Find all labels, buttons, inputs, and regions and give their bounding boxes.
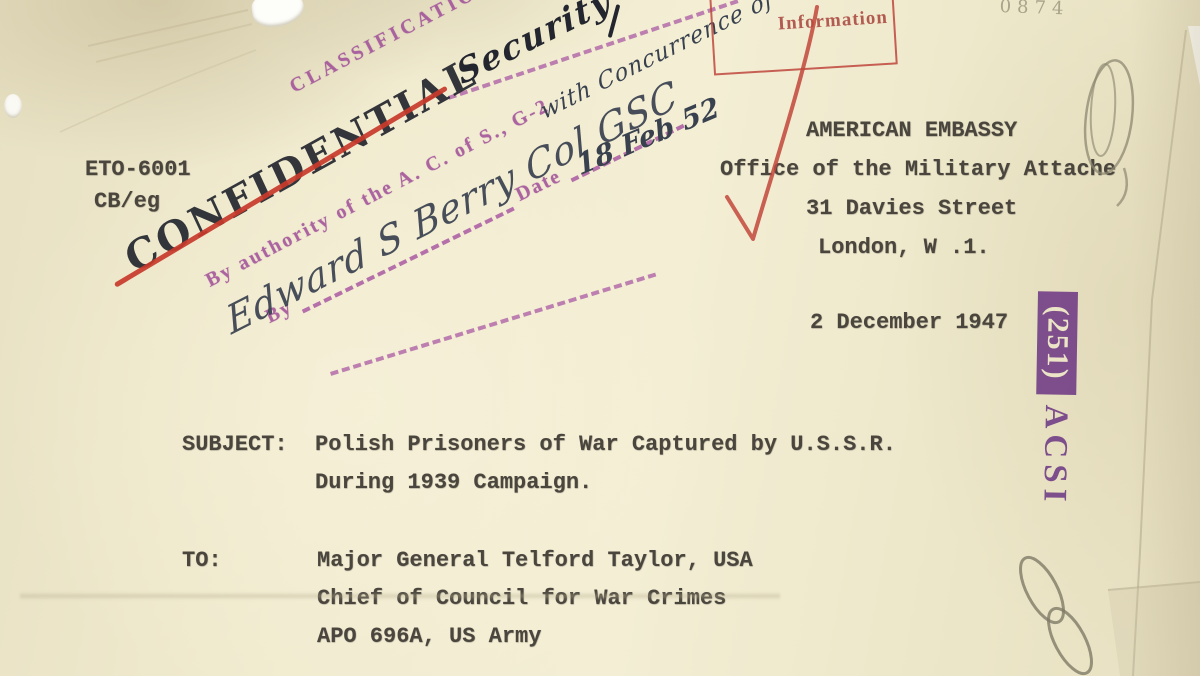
subject-line-2: During 1939 Campaign. [315, 471, 592, 495]
torn-spot-left [4, 94, 22, 118]
subject-label: SUBJECT: [182, 433, 288, 457]
handwritten-signature: Edward S Berry Col GSC [222, 71, 683, 343]
crease-line-1 [88, 10, 248, 46]
scanned-letter-page: ETO-6001 CB/eg AMERICAN EMBASSY Office o… [0, 0, 1200, 676]
security-information-label: Information [777, 7, 888, 36]
subject-line-1: Polish Prisoners of War Captured by U.S.… [315, 433, 896, 457]
letterhead-line-3: 31 Davies Street [806, 197, 1017, 221]
reference-number: ETO-6001 [85, 158, 191, 182]
ink-marks-overlay [0, 0, 1200, 676]
security-information-stamp-box: Information [708, 0, 898, 76]
pencil-number: 0874 [999, 0, 1070, 19]
acsi-stamp-label: ACSI [1036, 404, 1075, 507]
letter-date: 2 December 1947 [810, 311, 1008, 335]
pencil-loop-inner [1089, 63, 1118, 156]
pencil-loop-tail [1117, 168, 1127, 206]
acsi-stamp-number: (251) [1036, 291, 1078, 395]
to-label: TO: [182, 549, 222, 573]
letterhead-line-1: AMERICAN EMBASSY [806, 119, 1017, 143]
crease-line-2 [96, 24, 252, 62]
to-line-3: APO 696A, US Army [317, 625, 541, 649]
pencil-zero-1 [1012, 551, 1072, 629]
pencil-zero-2 [1040, 602, 1100, 676]
reference-initials: CB/eg [94, 190, 160, 214]
acsi-routing-stamp: (251) ACSI [1034, 291, 1078, 508]
to-line-1: Major General Telford Taylor, USA [317, 549, 753, 573]
stamp-fill-line-2 [330, 273, 656, 376]
horizontal-crease [20, 592, 780, 600]
letterhead-line-4: London, W .1. [818, 236, 990, 260]
crease-line-3 [60, 50, 256, 132]
right-edge-shade [1130, 0, 1200, 676]
torn-notch-top [250, 0, 307, 30]
letterhead-line-2: Office of the Military Attache [720, 158, 1116, 182]
